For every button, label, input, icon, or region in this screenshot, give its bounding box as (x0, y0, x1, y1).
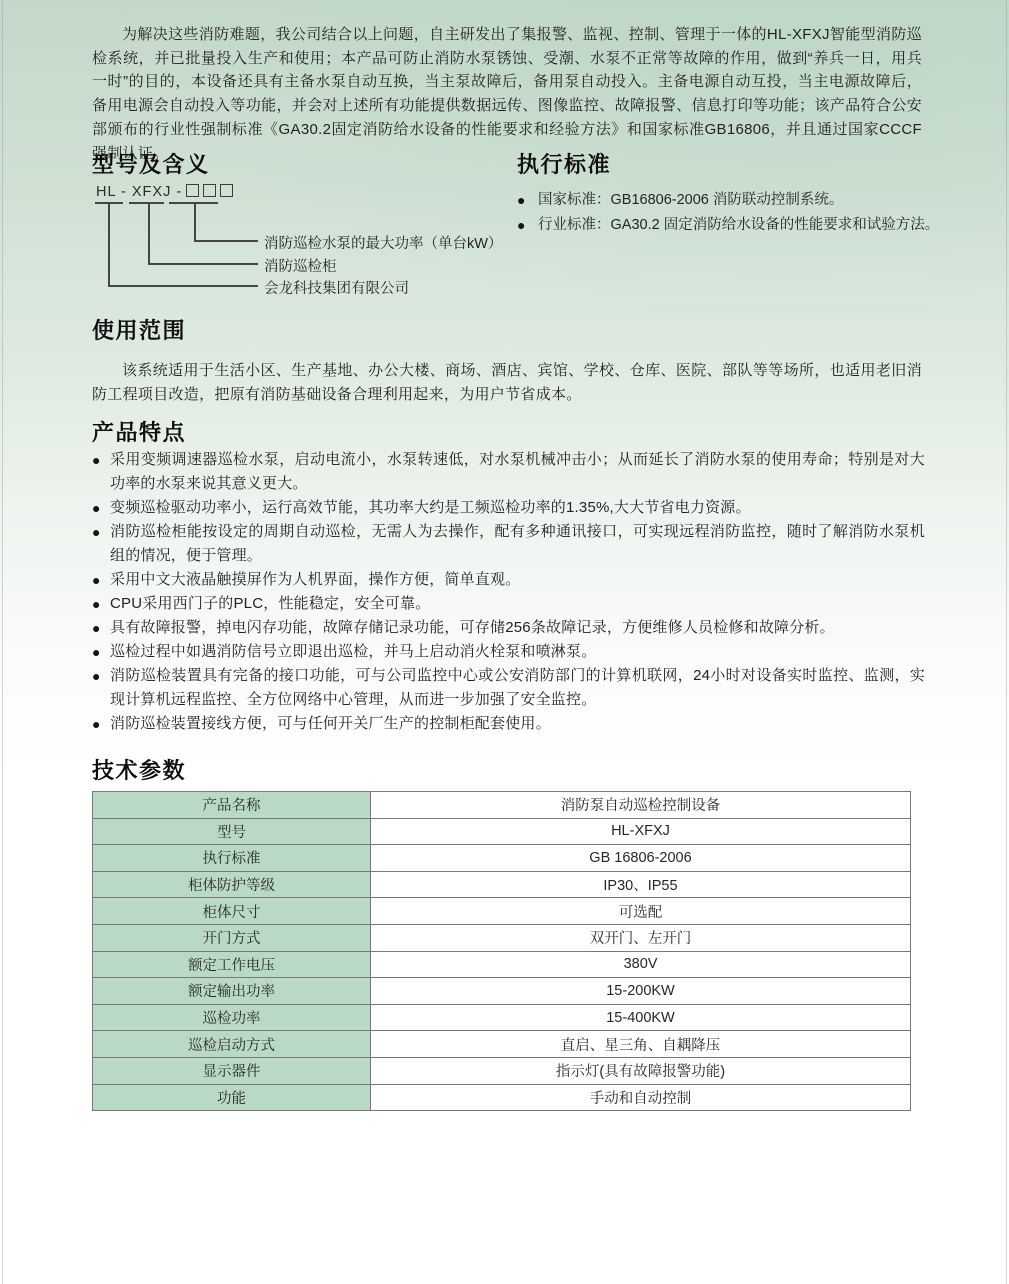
intro-paragraph: 为解决这些消防难题，我公司结合以上问题，自主研发出了集报警、监视、控制、管理于一… (92, 23, 922, 165)
section-heading-model: 型号及含义 (92, 148, 210, 179)
feature-item: 消防巡检装置接线方便，可与任何开关厂生产的控制柜配套使用。 (92, 712, 925, 736)
feature-item: 消防巡检柜能按设定的周期自动巡检，无需人为去操作，配有多种通讯接口，可实现远程消… (92, 520, 925, 568)
spec-value-cell: 15-200KW (371, 978, 911, 1005)
table-row: 功能 手动和自动控制 (93, 1084, 911, 1111)
table-row: 型号 HL-XFXJ (93, 818, 911, 845)
model-digit-box (203, 184, 216, 197)
connector-line-vertical (108, 202, 110, 285)
spec-value-cell: GB 16806-2006 (371, 845, 911, 872)
standard-item: 国家标准：GB16806-2006 消防联动控制系统。 (517, 188, 997, 213)
connector-line-horizontal (108, 285, 258, 287)
model-label-cabinet: 消防巡检柜 (264, 255, 337, 276)
spec-value-cell: 380V (371, 951, 911, 978)
section-heading-standards: 执行标准 (517, 148, 611, 179)
spec-label-cell: 柜体防护等级 (93, 871, 371, 898)
features-list: 采用变频调速器巡检水泵，启动电流小，水泵转速低，对水泵机械冲击小；从而延长了消防… (92, 448, 925, 736)
feature-item: CPU采用西门子的PLC，性能稳定，安全可靠。 (92, 592, 925, 616)
spec-label-cell: 额定工作电压 (93, 951, 371, 978)
spec-label-cell: 显示器件 (93, 1057, 371, 1084)
spec-label-cell: 柜体尺寸 (93, 898, 371, 925)
table-row: 柜体防护等级 IP30、IP55 (93, 871, 911, 898)
spec-label-cell: 额定输出功率 (93, 978, 371, 1005)
spec-value-cell: IP30、IP55 (371, 871, 911, 898)
spec-label-cell: 开门方式 (93, 924, 371, 951)
model-code-text: HL - XFXJ - (96, 184, 233, 200)
model-label-power: 消防巡检水泵的最大功率（单台kW） (264, 232, 502, 253)
connector-line-horizontal (148, 263, 258, 265)
spec-value-cell: 可选配 (371, 898, 911, 925)
spec-value-cell: 消防泵自动巡检控制设备 (371, 792, 911, 819)
underline-segment (129, 202, 164, 204)
connector-line-horizontal (194, 240, 258, 242)
standards-list: 国家标准：GB16806-2006 消防联动控制系统。 行业标准：GA30.2 … (517, 188, 997, 237)
table-row: 额定工作电压 380V (93, 951, 911, 978)
feature-item: 巡检过程中如遇消防信号立即退出巡检，并马上启动消火栓泵和喷淋泵。 (92, 640, 925, 664)
connector-line-vertical (148, 202, 150, 263)
scope-paragraph: 该系统适用于生活小区、生产基地、办公大楼、商场、酒店、宾馆、学校、仓库、医院、部… (92, 359, 922, 407)
table-row: 柜体尺寸 可选配 (93, 898, 911, 925)
table-row: 开门方式 双开门、左开门 (93, 924, 911, 951)
specs-table: 产品名称 消防泵自动巡检控制设备 型号 HL-XFXJ 执行标准 GB 1680… (92, 791, 911, 1111)
spec-label-cell: 巡检启动方式 (93, 1031, 371, 1058)
spec-label-cell: 执行标准 (93, 845, 371, 872)
table-row: 巡检启动方式 直启、星三角、自耦降压 (93, 1031, 911, 1058)
page-edge-line-left (2, 0, 3, 1284)
spec-label-cell: 功能 (93, 1084, 371, 1111)
feature-item: 具有故障报警，掉电闪存功能，故障存储记录功能，可存储256条故障记录，方便维修人… (92, 616, 925, 640)
connector-line-vertical (194, 202, 196, 240)
spec-label-cell: 巡检功率 (93, 1004, 371, 1031)
model-code-prefix: HL - XFXJ - (96, 184, 182, 200)
feature-item: 变频巡检驱动功率小，运行高效节能，其功率大约是工频巡检功率的1.35%,大大节省… (92, 496, 925, 520)
feature-item: 消防巡检装置具有完备的接口功能，可与公司监控中心或公安消防部门的计算机联网，24… (92, 664, 925, 712)
spec-value-cell: 指示灯(具有故障报警功能) (371, 1057, 911, 1084)
model-label-company: 会龙科技集团有限公司 (264, 277, 409, 298)
spec-label-cell: 产品名称 (93, 792, 371, 819)
spec-value-cell: 15-400KW (371, 1004, 911, 1031)
table-row: 额定输出功率 15-200KW (93, 978, 911, 1005)
section-heading-specs: 技术参数 (92, 754, 186, 785)
table-row: 执行标准 GB 16806-2006 (93, 845, 911, 872)
spec-label-cell: 型号 (93, 818, 371, 845)
section-heading-scope: 使用范围 (92, 314, 186, 345)
spec-value-cell: HL-XFXJ (371, 818, 911, 845)
page-edge-line-right (1006, 0, 1007, 1284)
model-digit-box (186, 184, 199, 197)
feature-item: 采用中文大液晶触摸屏作为人机界面，操作方便，简单直观。 (92, 568, 925, 592)
standard-item: 行业标准：GA30.2 固定消防给水设备的性能要求和试验方法。 (517, 213, 997, 238)
feature-item: 采用变频调速器巡检水泵，启动电流小，水泵转速低，对水泵机械冲击小；从而延长了消防… (92, 448, 925, 496)
spec-value-cell: 双开门、左开门 (371, 924, 911, 951)
spec-value-cell: 手动和自动控制 (371, 1084, 911, 1111)
table-row: 显示器件 指示灯(具有故障报警功能) (93, 1057, 911, 1084)
model-digit-box (220, 184, 233, 197)
table-row: 产品名称 消防泵自动巡检控制设备 (93, 792, 911, 819)
section-heading-features: 产品特点 (92, 416, 186, 447)
datasheet-page: 为解决这些消防难题，我公司结合以上问题，自主研发出了集报警、监视、控制、管理于一… (0, 0, 1009, 1284)
spec-value-cell: 直启、星三角、自耦降压 (371, 1031, 911, 1058)
table-row: 巡检功率 15-400KW (93, 1004, 911, 1031)
